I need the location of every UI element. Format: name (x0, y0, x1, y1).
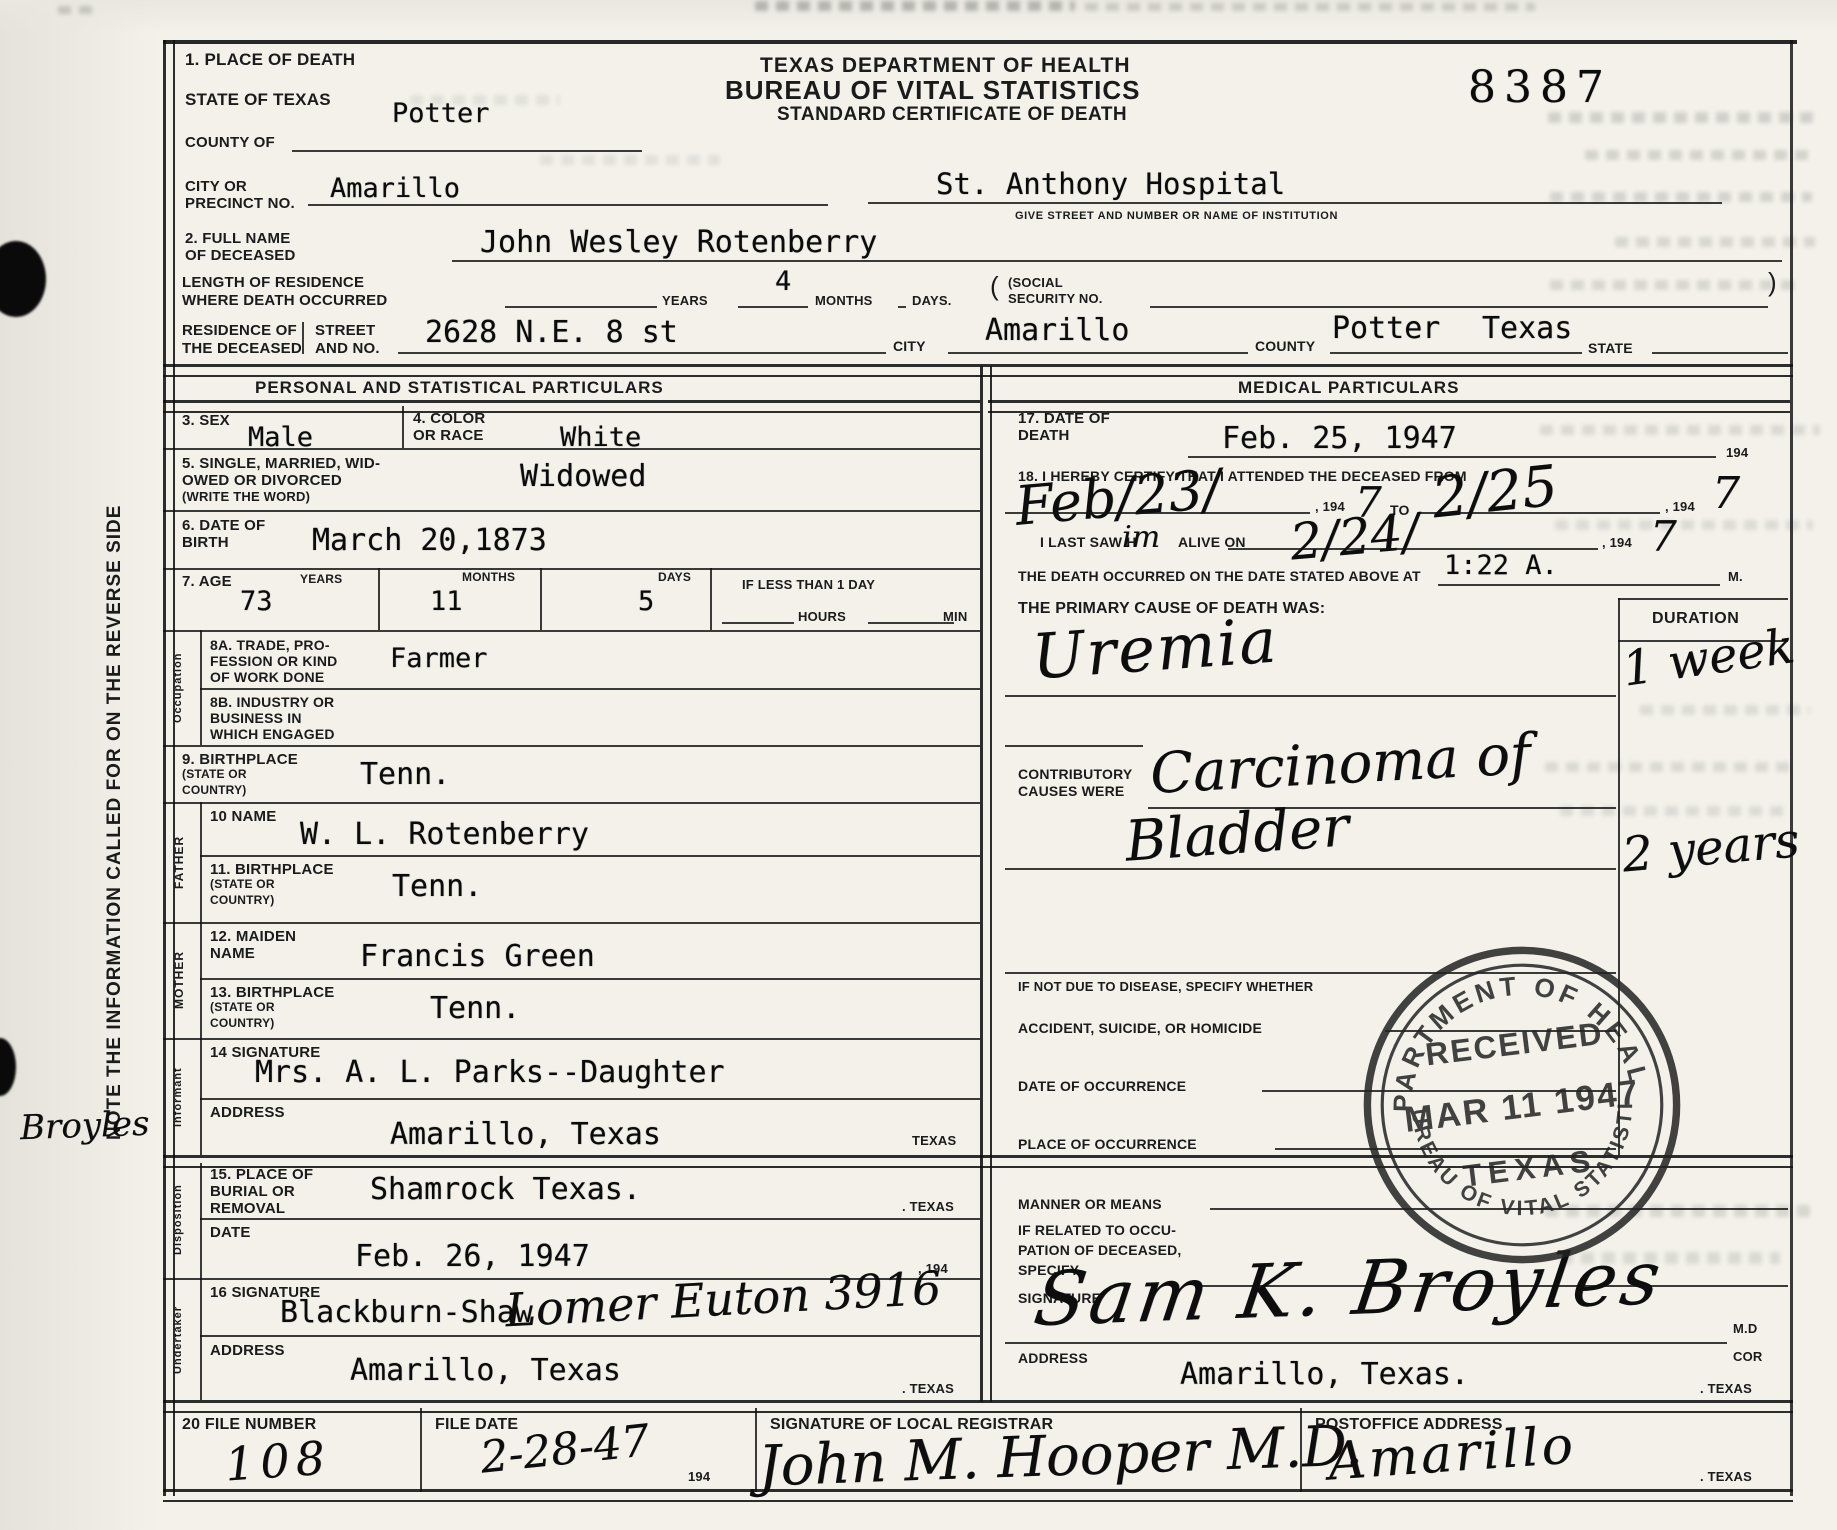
last-saw-year-handwritten: 7 (1650, 512, 1677, 561)
margin-reverse-note: NOTE THE INFORMATION CALLED FOR ON THE R… (104, 330, 126, 1315)
field-label-contributory-2: CAUSES WERE (1018, 783, 1124, 799)
rule (1188, 456, 1716, 458)
residence-county-value: Potter (1332, 314, 1440, 344)
stamp-date-text: MAR 11 1947 (1402, 1072, 1642, 1140)
bleed-mark (1615, 237, 1815, 247)
side-label-mother: MOTHER (172, 928, 186, 1032)
field-label-days: DAYS. (912, 294, 952, 309)
margin-handwritten-name: Broyles (19, 1104, 150, 1148)
side-label-occupation: Occupation (172, 634, 184, 742)
field-label-md-address: ADDRESS (1018, 1350, 1088, 1366)
rule (200, 1278, 202, 1400)
maiden-name-value: Francis Green (360, 942, 595, 972)
residence-city-value: Amarillo (985, 316, 1130, 346)
rule (292, 150, 642, 152)
texas-end-label: . TEXAS (1700, 1470, 1752, 1485)
field-label-birthplace-1: 9. BIRTHPLACE (182, 751, 298, 768)
field-label-min: MIN (943, 610, 967, 625)
field-label-burial-date: DATE (210, 1224, 251, 1241)
field-label-related-1: IF RELATED TO OCCU- (1018, 1222, 1176, 1238)
field-label-accident: ACCIDENT, SUICIDE, OR HOMICIDE (1018, 1020, 1262, 1036)
rule (302, 322, 304, 354)
field-label-city: CITY (893, 338, 926, 354)
field-label-precinct-no: PRECINCT NO. (185, 195, 295, 212)
field-label-and-no: AND NO. (315, 340, 380, 357)
rule (163, 400, 980, 413)
institution-value: St. Anthony Hospital (936, 170, 1285, 199)
rule (980, 366, 992, 1402)
field-label-father-bp-1: 11. BIRTHPLACE (210, 861, 334, 878)
field-label-of-deceased: OF DECEASED (185, 247, 296, 264)
field-label-color: 4. COLOR (413, 410, 485, 427)
rule (163, 568, 980, 570)
contributory-duration-handwritten: 2 years (1620, 812, 1802, 883)
field-label-date-occurrence: DATE OF OCCURRENCE (1018, 1078, 1186, 1094)
texas-end-label: . TEXAS (1700, 1382, 1752, 1397)
father-birthplace-value: Tenn. (392, 872, 482, 902)
field-label-industry-1: 8B. INDUSTRY OR (210, 694, 334, 710)
rule (200, 1098, 980, 1100)
field-label-state-of-texas: STATE OF TEXAS (185, 90, 331, 110)
rule (1005, 695, 1616, 697)
received-stamp: DEPARTMENT OF HEALTH RECEIVED MAR 11 194… (1321, 904, 1722, 1305)
field-label-death-occurred: THE DEATH OCCURRED ON THE DATE STATED AB… (1018, 568, 1421, 584)
field-label-length-residence: LENGTH OF RESIDENCE (182, 274, 364, 291)
field-label-dob-2: BIRTH (182, 534, 229, 551)
dob-value: March 20,1873 (312, 526, 547, 556)
rule (1150, 306, 1768, 308)
rule (868, 622, 954, 624)
field-label-dob-1: 6. DATE OF (182, 517, 265, 534)
rule (163, 922, 980, 924)
field-label-md: M.D (1733, 1322, 1757, 1337)
scan-shading-left (0, 0, 160, 1530)
age-years-value: 73 (240, 588, 273, 615)
rule (163, 630, 980, 632)
file-number-handwritten: 108 (223, 1430, 332, 1491)
rule (1652, 352, 1788, 354)
rule (868, 202, 1722, 204)
informant-signature-value: Mrs. A. L. Parks--Daughter (255, 1058, 725, 1088)
city-value: Amarillo (330, 175, 460, 202)
rule (420, 1408, 422, 1492)
field-label-place-occurrence: PLACE OF OCCURRENCE (1018, 1136, 1197, 1152)
to-year-handwritten: 7 (1712, 468, 1740, 519)
field-label-age-months: MONTHS (462, 571, 515, 585)
field-label-not-disease: IF NOT DUE TO DISEASE, SPECIFY WHETHER (1018, 980, 1313, 995)
certificate-number: 8387 (1468, 66, 1612, 110)
last-saw-date-handwritten: 2/24/ (1288, 502, 1422, 571)
mother-birthplace-value: Tenn. (430, 994, 520, 1024)
rule (948, 352, 1248, 354)
rule (1420, 512, 1660, 514)
rule (200, 1038, 202, 1155)
field-label-state: STATE (1588, 340, 1633, 356)
rule (163, 448, 980, 450)
field-label-marital-2: OWED OR DIVORCED (182, 472, 342, 489)
field-label-duration: DURATION (1652, 610, 1739, 628)
field-label-county-of: COUNTY OF (185, 134, 275, 151)
rule (505, 306, 657, 308)
sex-value: Male (248, 424, 313, 451)
field-label-maiden-2: NAME (210, 945, 255, 962)
field-label-manner: MANNER OR MEANS (1018, 1196, 1162, 1212)
side-label-undertaker: Undertaker (172, 1284, 184, 1396)
texas-end-label: . TEXAS (902, 1382, 954, 1397)
field-label-mother-bp-1: 13. BIRTHPLACE (210, 984, 335, 1001)
bleed-mark (1555, 520, 1813, 530)
field-label-sex: 3. SEX (182, 412, 230, 429)
field-label-mother-bp-3: COUNTRY) (210, 1017, 274, 1031)
field-label-security-no: SECURITY NO. (1008, 292, 1103, 307)
burial-place-value: Shamrock Texas. (370, 1175, 641, 1205)
field-label-industry-3: WHICH ENGAGED (210, 726, 335, 742)
texas-end-label: . TEXAS (902, 1200, 954, 1215)
bleed-mark (540, 155, 720, 165)
field-label-county2: COUNTY (1255, 338, 1315, 354)
rule (163, 40, 1797, 44)
rule (1300, 1408, 1302, 1492)
rule (200, 922, 202, 1038)
bleed-mark (755, 1, 1075, 11)
paren-close: ) (1768, 268, 1777, 298)
bleed-mark (1085, 3, 1535, 11)
field-label-burial-3: REMOVAL (210, 1200, 285, 1217)
year-194-label: , 194 (1602, 536, 1632, 551)
field-label-social: (SOCIAL (1008, 276, 1063, 291)
age-days-value: 5 (638, 588, 654, 615)
rule (898, 306, 906, 308)
field-label-dod-1: 17. DATE OF (1018, 410, 1110, 427)
bleed-mark (1545, 762, 1795, 772)
field-label-or-race: OR RACE (413, 427, 484, 444)
field-label-informant-addr: ADDRESS (210, 1104, 285, 1121)
field-label-m: M. (1728, 570, 1743, 585)
attended-to-handwritten: 2/25 (1429, 454, 1561, 532)
year-194-label: 194 (1726, 446, 1748, 461)
field-label-birthplace-2: (STATE OR (182, 768, 247, 782)
informant-address-value: Amarillo, Texas (390, 1120, 661, 1150)
rule (1005, 512, 1310, 514)
field-label-father-bp-3: COUNTRY) (210, 894, 274, 908)
side-label-informant: Informant (172, 1044, 184, 1150)
paren-open: ( (990, 272, 999, 302)
rule (163, 745, 980, 747)
field-label-marital-3: (WRITE THE WORD) (182, 490, 310, 505)
age-months-value: 11 (430, 588, 463, 615)
year-194-label: 194 (688, 1470, 710, 1485)
primary-cause-handwritten: Uremia (1030, 604, 1281, 694)
full-name-value: John Wesley Rotenberry (480, 228, 877, 258)
rule (163, 802, 980, 804)
burial-date-value: Feb. 26, 1947 (355, 1242, 590, 1272)
bleed-mark (1540, 425, 1820, 435)
field-label-mother-bp-2: (STATE OR (210, 1001, 275, 1015)
rule (710, 568, 712, 630)
stamp-seal-icon: DEPARTMENT OF HEALTH RECEIVED MAR 11 194… (1321, 904, 1722, 1305)
header-standard: STANDARD CERTIFICATE OF DEATH (777, 104, 1127, 126)
rule (398, 352, 886, 354)
bleed-mark (1550, 192, 1812, 202)
field-label-less-than-day: IF LESS THAN 1 DAY (742, 578, 875, 593)
rule (308, 204, 828, 206)
trade-value: Farmer (390, 645, 488, 672)
field-label-where-death: WHERE DEATH OCCURRED (182, 292, 387, 309)
field-label-trade-1: 8A. TRADE, PRO- (210, 637, 330, 653)
field-label-residence-of: RESIDENCE OF (182, 322, 297, 339)
rule (738, 306, 808, 308)
field-label-hours: HOURS (798, 610, 846, 625)
field-label-maiden-1: 12. MAIDEN (210, 928, 296, 945)
rule (163, 1400, 1793, 1413)
texas-end-label: TEXAS (912, 1134, 956, 1149)
field-label-dod-2: DEATH (1018, 427, 1070, 444)
rule (200, 855, 980, 857)
field-label-years: YEARS (662, 294, 708, 309)
field-label-father-bp-2: (STATE OR (210, 878, 275, 892)
rule (1005, 1342, 1727, 1344)
side-label-disposition: Disposition (172, 1167, 184, 1273)
rule (163, 510, 980, 512)
field-label-the-deceased: THE DECEASED (182, 340, 302, 357)
rule (200, 802, 202, 922)
rule (540, 568, 542, 630)
bleed-mark (1585, 150, 1815, 160)
field-label-age-days: DAYS (658, 571, 691, 585)
father-name-value: W. L. Rotenberry (300, 820, 589, 850)
rule (163, 364, 1793, 377)
field-label-cor: COR (1733, 1350, 1763, 1365)
section-title-personal: PERSONAL AND STATISTICAL PARTICULARS (255, 378, 664, 398)
rule (1330, 352, 1582, 354)
section-title-medical: MEDICAL PARTICULARS (1238, 378, 1459, 398)
field-label-place-of-death: 1. PLACE OF DEATH (185, 50, 355, 70)
field-label-street: STREET (315, 322, 375, 339)
rule (378, 568, 380, 630)
rule (200, 1163, 202, 1278)
date-of-death-value: Feb. 25, 1947 (1222, 424, 1457, 454)
field-label-age: 7. AGE (182, 573, 232, 590)
bleed-mark (1640, 705, 1810, 715)
field-label-city-or: CITY OR (185, 178, 247, 195)
rule (163, 1038, 980, 1040)
field-label-contributory-1: CONTRIBUTORY (1018, 766, 1132, 782)
rule (200, 978, 980, 980)
rule (200, 1335, 980, 1337)
rule (200, 688, 980, 690)
race-value: White (560, 424, 641, 451)
bleed-mark (1550, 280, 1800, 290)
rule (1005, 868, 1616, 870)
institution-hint: GIVE STREET AND NUMBER OR NAME OF INSTIT… (1015, 210, 1338, 223)
field-label-undertaker-addr: ADDRESS (210, 1342, 285, 1359)
field-label-burial-2: BURIAL OR (210, 1183, 295, 1200)
rule (1790, 40, 1793, 1496)
rule (452, 260, 1782, 262)
last-saw-him-handwritten: im (1122, 520, 1160, 555)
undertaker-address-value: Amarillo, Texas (350, 1356, 621, 1386)
death-certificate-scan: NOTE THE INFORMATION CALLED FOR ON THE R… (0, 0, 1837, 1530)
field-label-industry-2: BUSINESS IN (210, 710, 302, 726)
birthplace-value: Tenn. (360, 760, 450, 790)
street-value: 2628 N.E. 8 st (425, 318, 678, 348)
physician-address-value: Amarillo, Texas. (1180, 1360, 1469, 1390)
bleed-mark (58, 6, 100, 14)
side-label-father: FATHER (172, 808, 186, 916)
rule (402, 406, 404, 448)
field-label-age-years: YEARS (300, 573, 342, 587)
field-label-burial-1: 15. PLACE OF (210, 1166, 313, 1183)
field-label-months: MONTHS (815, 294, 873, 309)
rule (1438, 584, 1720, 586)
field-label-father-name: 10 NAME (210, 808, 276, 825)
marital-value: Widowed (520, 462, 646, 492)
residence-years-value: 4 (775, 268, 791, 295)
header-bureau: BUREAU OF VITAL STATISTICS (725, 76, 1141, 106)
field-label-trade-3: OF WORK DONE (210, 669, 324, 685)
county-value: Potter (392, 100, 490, 127)
field-label-trade-2: FESSION OR KIND (210, 653, 337, 669)
rule (722, 622, 794, 624)
field-label-full-name: 2. FULL NAME (185, 230, 290, 247)
rule (1618, 598, 1788, 600)
undertaker-signature-value: Blackburn-Shaw (280, 1298, 533, 1328)
rule (200, 1218, 980, 1220)
cause-duration-handwritten: 1 week (1619, 618, 1798, 698)
field-label-marital-1: 5. SINGLE, MARRIED, WID- (182, 455, 380, 472)
field-label-birthplace-3: COUNTRY) (182, 784, 246, 798)
bleed-mark (1548, 112, 1816, 123)
residence-state-value: Texas (1482, 314, 1572, 344)
rule (1005, 745, 1143, 747)
death-time-value: 1:22 A. (1444, 552, 1558, 579)
